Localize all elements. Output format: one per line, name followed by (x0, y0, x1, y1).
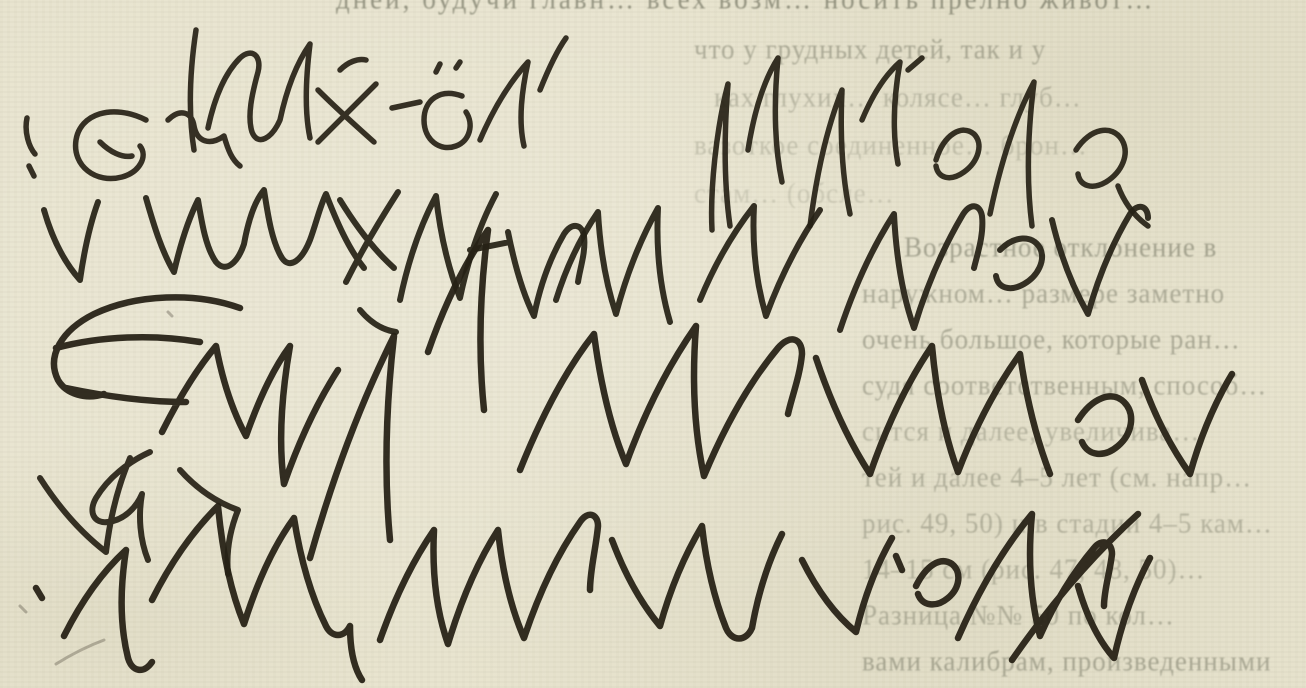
ink-stroke (26, 30, 310, 179)
handwriting-scrawl (0, 0, 1306, 688)
ink-stroke (44, 190, 584, 332)
ink-stroke (520, 326, 1232, 476)
scanned-page: дней, будучи главн… всех возм… носить пр… (0, 0, 1306, 688)
ink-stroke (712, 58, 1148, 230)
ink-stroke (54, 230, 488, 558)
pencil-scuff (20, 312, 172, 664)
ink-stroke (556, 206, 1148, 330)
ink-stroke (612, 514, 1150, 660)
ink-stroke (318, 38, 566, 148)
